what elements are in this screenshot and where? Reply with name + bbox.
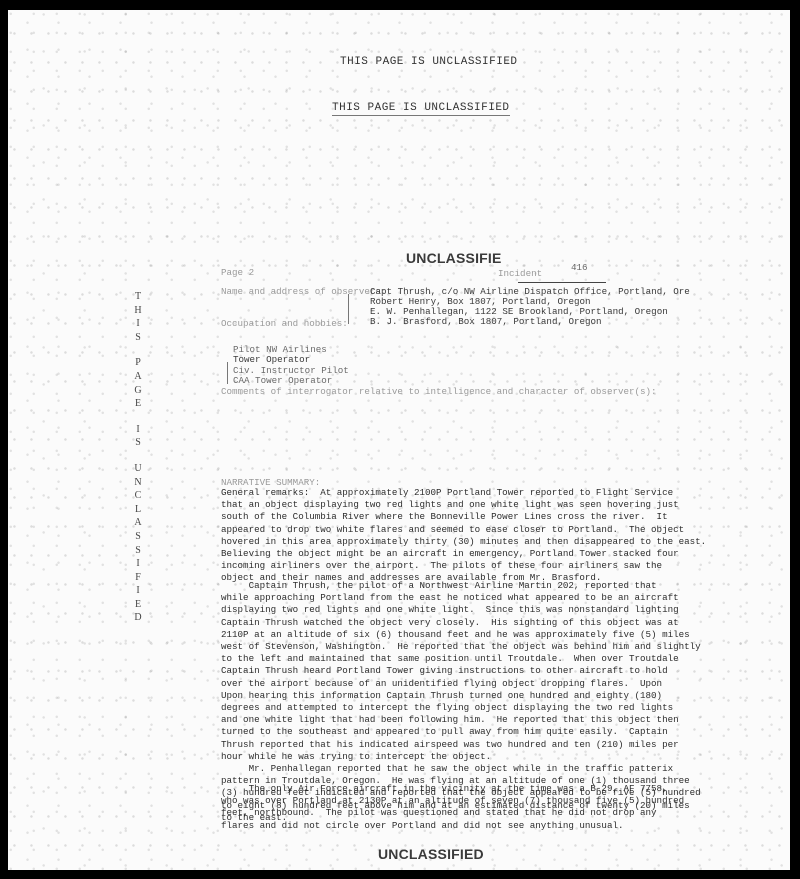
margin-stamp-letter: E [135,598,141,612]
margin-stamp-letter: P [135,356,141,370]
narrative-line: Mr. Penhallegan reported that he saw the… [221,763,701,775]
margin-stamp-letter: N [134,476,141,490]
margin-mark [227,362,228,384]
unclassified-stamp-top: UNCLASSIFIE [406,250,502,266]
narrative-line: while approaching Portland from the east… [221,592,701,604]
margin-stamp-letter: H [134,304,141,318]
classification-header-2: THIS PAGE IS UNCLASSIFIED [332,102,510,116]
narrative-line: appeared to drop two white flares and se… [221,524,706,536]
margin-stamp-letter: F [135,571,141,585]
margin-stamp-letter: I [136,317,139,331]
margin-stamp-letter: C [135,489,142,503]
margin-mark [348,294,349,324]
narrative-line: to the left and maintained that same pos… [221,653,701,665]
narrative-line: feet, northbound. The pilot was question… [221,807,684,819]
classification-header-1: THIS PAGE IS UNCLASSIFIED [340,56,518,68]
narrative-line: 2110P at an altitude of six (6) thousand… [221,629,701,641]
margin-stamp-letter: S [135,331,141,345]
narrative-line: Captain Thrush, the pilot of a Northwest… [221,580,701,592]
page-label: Page 2 [221,267,254,278]
margin-stamp-letter: D [134,611,141,625]
narrative-line: The only Air Force aircraft in the vicin… [221,783,684,795]
margin-stamp-letter: S [135,436,141,450]
narrative-line: over the airport because of an unidentif… [221,678,701,690]
narrative-line: who was over Portland at 2130P at an alt… [221,795,684,807]
occupation-4: CAA Tower Operator [233,375,332,386]
narrative-line: west of Stevenson, Washington. He report… [221,641,701,653]
narrative-line: flares and did not circle over Portland … [221,820,684,832]
incident-label: Incident [498,268,542,279]
margin-stamp-letter: A [134,516,141,530]
narrative-line: hour while he was trying to intercept th… [221,751,701,763]
margin-stamp-letter: G [134,384,141,398]
margin-stamp-letter: U [134,462,141,476]
narrative-line: General remarks: At approximately 2100P … [221,487,706,499]
narrative-line: turned to the southeast and appeared to … [221,726,701,738]
incident-underline [518,282,606,283]
margin-stamp-letter: S [135,530,141,544]
narrative-line: displaying two red lights and one white … [221,604,701,616]
narrative-line: Captain Thrush heard Portland Tower givi… [221,665,701,677]
narrative-paragraph-3: The only Air Force aircraft in the vicin… [221,783,684,832]
narrative-line: incoming airliners over the airport. The… [221,560,706,572]
narrative-line: south of the Columbia River where the Bo… [221,511,706,523]
margin-stamp-letter: L [135,503,141,517]
unclassified-stamp-bottom: UNCLASSIFIED [378,846,484,862]
observer-4: B. J. Brasford, Box 1807, Portland, Oreg… [370,316,602,327]
narrative-paragraph-1: General remarks: At approximately 2100P … [221,487,706,585]
occupation-2: Tower Operator [233,354,310,365]
margin-stamp-letter: T [135,290,141,304]
occupation-label: Occupation and hobbies: [221,318,348,329]
margin-stamp-letter: E [135,397,141,411]
narrative-line: hovered in this area approximately thirt… [221,536,706,548]
narrative-line: Thrush reported that his indicated airsp… [221,739,701,751]
margin-classification-stamp: THISPAGEISUNCLASSIFIED [132,290,144,625]
document-page: THIS PAGE IS UNCLASSIFIED THIS PAGE IS U… [8,10,790,870]
narrative-line: Captain Thrush watched the object very c… [221,617,701,629]
narrative-line: that an object displaying two red lights… [221,499,706,511]
incident-number: 416 [571,262,588,273]
margin-stamp-letter: I [136,423,139,437]
margin-stamp-letter: I [136,584,139,598]
names-label: Name and address of observers: [221,286,386,297]
comments-label: Comments of interrogator relative to int… [221,386,657,397]
narrative-line: and one white light that had been follow… [221,714,701,726]
margin-stamp-letter: A [134,370,141,384]
narrative-line: Upon hearing this information Captain Th… [221,690,701,702]
margin-stamp-letter: S [135,544,141,558]
margin-stamp-letter: I [136,557,139,571]
narrative-line: degrees and attempted to intercept the f… [221,702,701,714]
narrative-line: Believing the object might be an aircraf… [221,548,706,560]
